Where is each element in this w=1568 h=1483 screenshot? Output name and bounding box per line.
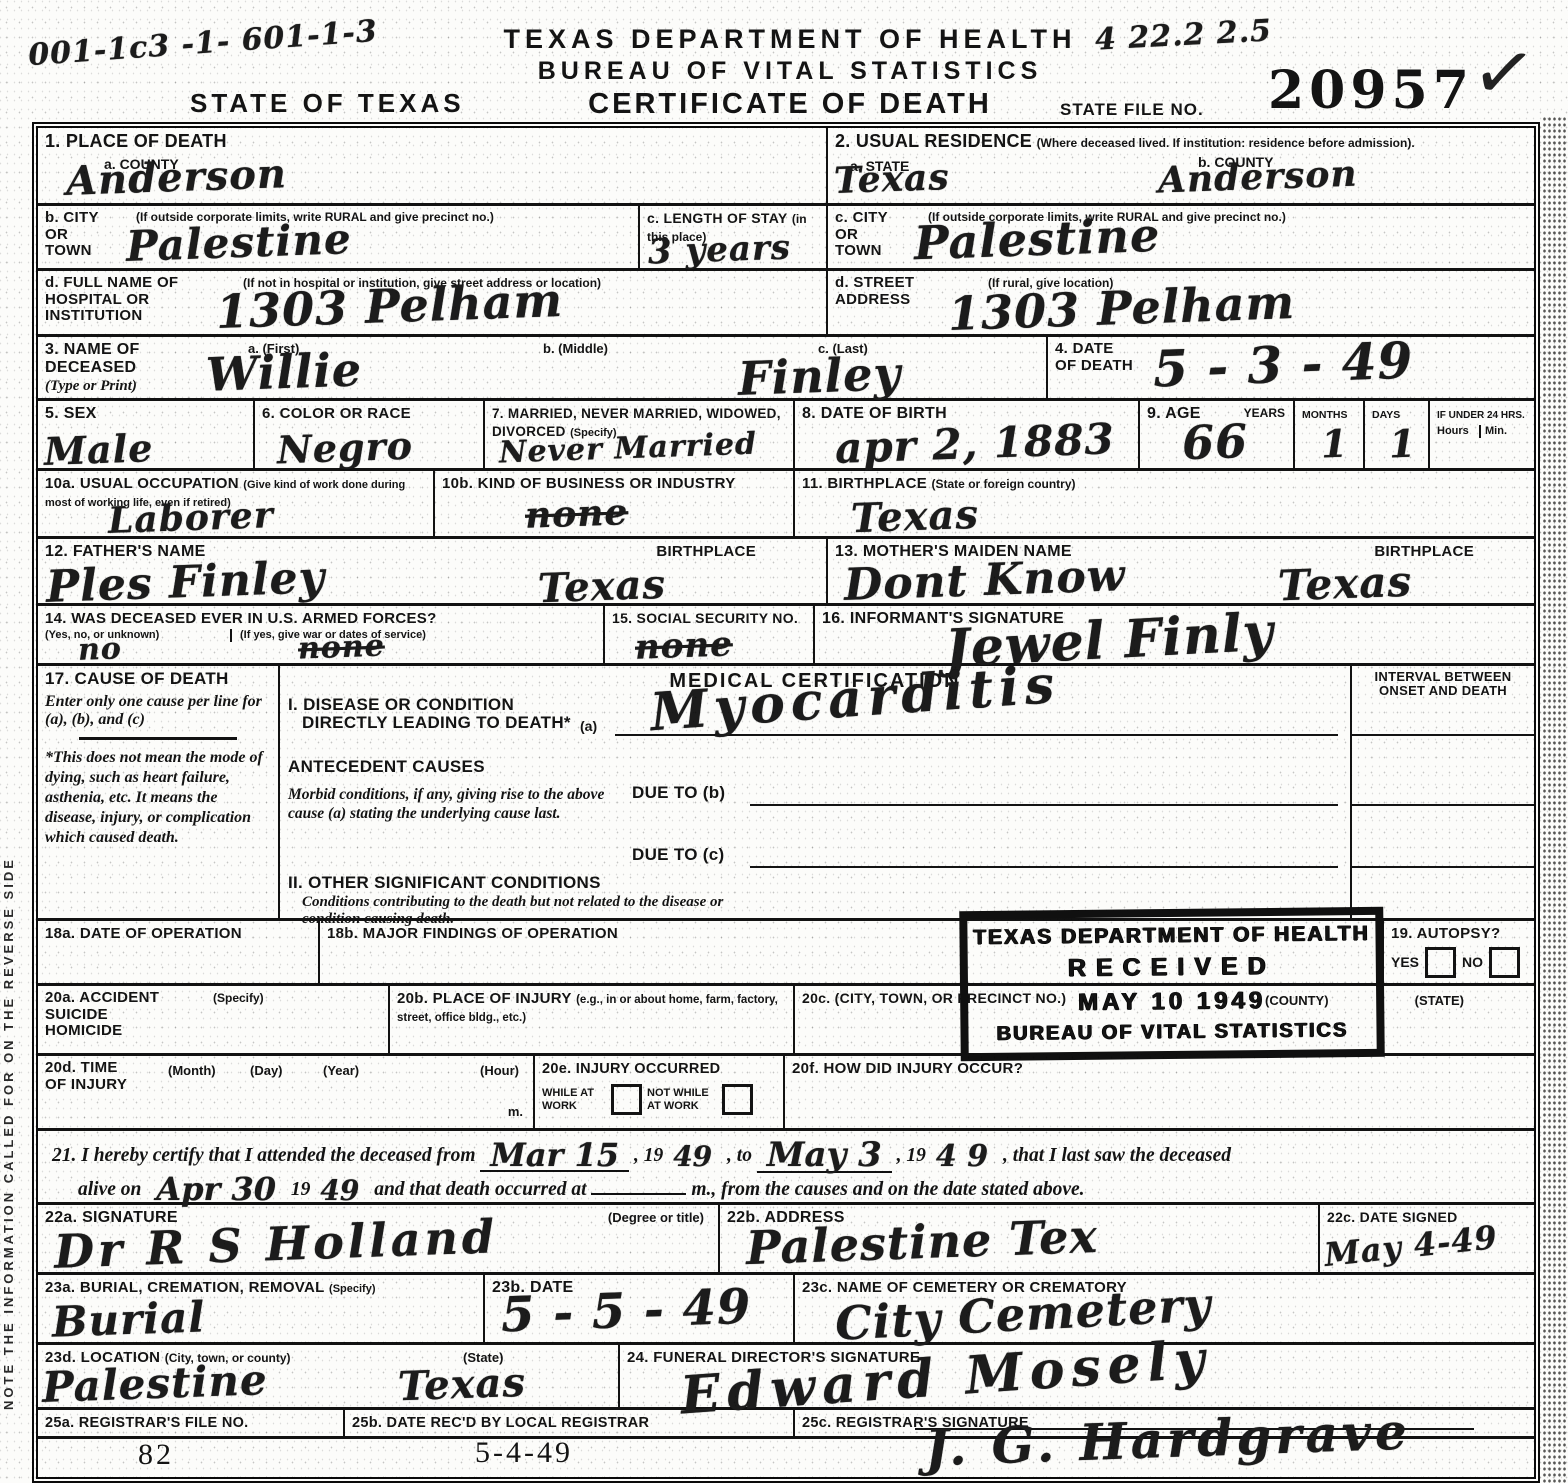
due-to-b-label: DUE TO (b) bbox=[632, 784, 725, 803]
not-while-at-work-label: NOT WHILE AT WORK bbox=[647, 1087, 717, 1112]
date-of-operation-label: 18a. DATE OF OPERATION bbox=[45, 925, 242, 942]
disease-label-1: I. DISEASE OR CONDITION bbox=[288, 696, 514, 715]
cause-of-death-sidebar: 17. CAUSE OF DEATH Enter only one cause … bbox=[38, 666, 278, 918]
stamp-line-bureau: BUREAU OF VITAL STATISTICS bbox=[997, 1019, 1349, 1046]
due-to-c-label: DUE TO (c) bbox=[632, 846, 724, 865]
industry-box: 10b. KIND OF BUSINESS OR INDUSTRY none bbox=[433, 471, 793, 536]
physician-address-value: Palestine Tex bbox=[745, 1209, 1099, 1275]
usual-residence-paren: (Where deceased lived. If institution: r… bbox=[1037, 136, 1415, 150]
date-of-death-box: 4. DATE OF DEATH 5 - 3 - 49 bbox=[1046, 337, 1534, 398]
header-bureau: BUREAU OF VITAL STATISTICS bbox=[460, 57, 1120, 86]
under-24-label: IF UNDER 24 HRS. bbox=[1437, 410, 1525, 421]
date-of-death-label: 4. DATE OF DEATH bbox=[1055, 341, 1135, 374]
time-of-injury-box: 20d. TIME OF INJURY (Month) (Day) (Year)… bbox=[38, 1056, 533, 1128]
ssn-box: 15. SOCIAL SECURITY NO. none bbox=[603, 606, 813, 663]
place-of-injury-box: 20b. PLACE OF INJURY (e.g., in or about … bbox=[388, 986, 793, 1053]
place-of-injury-label: 20b. PLACE OF INJURY bbox=[397, 990, 572, 1007]
funeral-director-box: 24. FUNERAL DIRECTOR'S SIGNATURE Edward … bbox=[618, 1345, 1534, 1407]
row-armed-forces: 14. WAS DECEASED EVER IN U.S. ARMED FORC… bbox=[38, 606, 1534, 666]
burial-location-state-value: Texas bbox=[397, 1359, 526, 1410]
father-value: Ples Finley bbox=[45, 552, 326, 613]
certificate-form: 1. PLACE OF DEATH a. COUNTY Anderson 2. … bbox=[32, 122, 1540, 1483]
day-label: (Day) bbox=[250, 1064, 283, 1079]
birthplace-paren: (State or foreign country) bbox=[932, 477, 1076, 491]
dob-value: apr 2, 1883 bbox=[834, 414, 1115, 473]
major-findings-label: 18b. MAJOR FINDINGS OF OPERATION bbox=[327, 925, 618, 942]
row-physician: 22a. SIGNATURE (Degree or title) Dr R S … bbox=[38, 1205, 1534, 1275]
street-address-label: d. STREET ADDRESS bbox=[835, 275, 945, 308]
length-of-stay-box: c. LENGTH OF STAY (in this place) 3 year… bbox=[638, 206, 826, 268]
armed-forces-label: 14. WAS DECEASED EVER IN U.S. ARMED FORC… bbox=[45, 610, 437, 627]
mother-birthplace-value: Texas bbox=[1277, 557, 1413, 611]
hospital-box: d. FULL NAME OF HOSPITAL OR INSTITUTION … bbox=[38, 271, 826, 334]
header-state-of-texas: STATE OF TEXAS bbox=[190, 88, 465, 119]
age-box: 9. AGE YEARS 66 bbox=[1138, 401, 1293, 468]
occupation-label: 10a. USUAL OCCUPATION bbox=[45, 475, 239, 492]
death-city-label: b. CITY OR TOWN bbox=[45, 210, 117, 260]
registrar-file-box: 25a. REGISTRAR'S FILE NO. 82 bbox=[38, 1410, 343, 1436]
autopsy-no-label: NO bbox=[1462, 954, 1483, 970]
hospital-label: d. FULL NAME OF HOSPITAL OR INSTITUTION bbox=[45, 275, 235, 325]
accident-box: 20a. ACCIDENT SUICIDE HOMICIDE (Specify) bbox=[38, 986, 388, 1053]
age-months-box: MONTHS 1 bbox=[1293, 401, 1363, 468]
attended-from-value: Mar 15 bbox=[480, 1141, 629, 1172]
industry-label: 10b. KIND OF BUSINESS OR INDUSTRY bbox=[442, 475, 736, 492]
residence-city-value: Palestine bbox=[913, 208, 1161, 271]
while-at-work-label: WHILE AT WORK bbox=[542, 1087, 606, 1112]
burial-paren: (Specify) bbox=[329, 1283, 375, 1295]
date-signed-box: 22c. DATE SIGNED May 4-49 bbox=[1318, 1205, 1534, 1272]
age-months-label: MONTHS bbox=[1302, 409, 1348, 421]
checkmark-icon: ✓ bbox=[1466, 24, 1541, 121]
state-file-no-value: 20957 bbox=[1268, 60, 1474, 121]
from-year-value: 49 bbox=[663, 1144, 722, 1169]
stamp-line-received: RECEIVED bbox=[1068, 952, 1276, 983]
stamp-line-date: MAY 10 1949 bbox=[1078, 987, 1266, 1017]
time-of-injury-label: 20d. TIME OF INJURY bbox=[45, 1060, 131, 1093]
birthplace-box: 11. BIRTHPLACE (State or foreign country… bbox=[793, 471, 1534, 536]
sex-label: 5. SEX bbox=[45, 405, 97, 422]
received-stamp: TEXAS DEPARTMENT OF HEALTH RECEIVED MAY … bbox=[959, 907, 1385, 1061]
disease-label-2: DIRECTLY LEADING TO DEATH* bbox=[302, 714, 571, 733]
street-address-value: 1303 Pelham bbox=[947, 275, 1296, 341]
autopsy-yes-checkbox bbox=[1425, 947, 1456, 978]
burial-box: 23a. BURIAL, CREMATION, REMOVAL (Specify… bbox=[38, 1275, 483, 1342]
medical-certification-box: MEDICAL CERTIFICATION I. DISEASE OR COND… bbox=[278, 666, 1350, 918]
father-birthplace-label: BIRTHPLACE bbox=[656, 544, 756, 561]
margin-note: NOTE THE INFORMATION CALLED FOR ON THE R… bbox=[1, 160, 16, 1410]
birthplace-value: Texas bbox=[850, 491, 979, 542]
certify-p5: and that death occurred at bbox=[374, 1179, 586, 1200]
age-years-value: 66 bbox=[1181, 414, 1249, 470]
last-name-value: Finley bbox=[737, 346, 902, 406]
date-of-death-value: 5 - 3 - 49 bbox=[1152, 330, 1414, 398]
occupation-value: Laborer bbox=[107, 494, 274, 542]
row-injury-time: 20d. TIME OF INJURY (Month) (Day) (Year)… bbox=[38, 1056, 1534, 1131]
physician-signature-box: 22a. SIGNATURE (Degree or title) Dr R S … bbox=[38, 1205, 718, 1272]
hours-label: Hours bbox=[1437, 425, 1479, 438]
residence-state-value: Texas bbox=[833, 156, 950, 202]
hospital-value: 1303 Pelham bbox=[215, 273, 564, 339]
registrar-file-value: 82 bbox=[138, 1438, 174, 1472]
burial-location-box: 23d. LOCATION (City, town, or county) (S… bbox=[38, 1345, 618, 1407]
registrar-signature-box: 25c. REGISTRAR'S SIGNATURE J. G. Hardgra… bbox=[793, 1410, 1534, 1436]
accident-label: 20a. ACCIDENT SUICIDE HOMICIDE bbox=[45, 990, 165, 1040]
autopsy-no-checkbox bbox=[1489, 947, 1520, 978]
injury-occurred-label: 20e. INJURY OCCURRED bbox=[542, 1061, 720, 1077]
interval-box: INTERVAL BETWEEN ONSET AND DEATH bbox=[1350, 666, 1534, 918]
occupation-box: 10a. USUAL OCCUPATION (Give kind of work… bbox=[38, 471, 433, 536]
stamp-line-department: TEXAS DEPARTMENT OF HEALTH bbox=[973, 922, 1370, 950]
race-value: Negro bbox=[276, 423, 413, 473]
row-place-residence: 1. PLACE OF DEATH a. COUNTY Anderson 2. … bbox=[38, 128, 1534, 206]
row-burial: 23a. BURIAL, CREMATION, REMOVAL (Specify… bbox=[38, 1275, 1534, 1345]
ssn-label: 15. SOCIAL SECURITY NO. bbox=[612, 610, 798, 626]
name-of-deceased-box: 3. NAME OF DECEASED (Type or Print) a. (… bbox=[38, 337, 1046, 398]
due-to-c-line bbox=[750, 866, 1338, 868]
father-birthplace-value: Texas bbox=[537, 561, 666, 612]
industry-value: none bbox=[524, 491, 629, 537]
interval-line-b bbox=[1352, 804, 1534, 806]
under-24-box: IF UNDER 24 HRS. Hours Min. bbox=[1428, 401, 1534, 468]
row-occupation: 10a. USUAL OCCUPATION (Give kind of work… bbox=[38, 471, 1534, 539]
handwritten-code-right: 4 22.2 2.5 bbox=[1094, 13, 1273, 57]
degree-or-title-label: (Degree or title) bbox=[608, 1211, 704, 1226]
divider bbox=[79, 737, 237, 740]
certify-p2: , to bbox=[727, 1145, 752, 1166]
race-label: 6. COLOR OR RACE bbox=[262, 405, 411, 422]
age-months-value: 1 bbox=[1320, 421, 1349, 467]
header-department: TEXAS DEPARTMENT OF HEALTH bbox=[460, 24, 1120, 55]
row-location: 23d. LOCATION (City, town, or county) (S… bbox=[38, 1345, 1534, 1410]
morbid-note: Morbid conditions, if any, giving rise t… bbox=[288, 786, 618, 823]
min-label: Min. bbox=[1479, 425, 1527, 438]
certify-p1: 21. I hereby certify that I attended the… bbox=[52, 1145, 476, 1166]
how-injury-label: 20f. HOW DID INJURY OCCUR? bbox=[792, 1060, 1023, 1077]
physician-address-box: 22b. ADDRESS Palestine Tex bbox=[718, 1205, 1318, 1272]
injury-occurred-box: 20e. INJURY OCCURRED WHILE AT WORK NOT W… bbox=[533, 1056, 783, 1128]
usual-residence-title: 2. USUAL RESIDENCE bbox=[835, 131, 1032, 151]
armed-forces-value2: none bbox=[297, 628, 385, 666]
injury-state-label: (STATE) bbox=[1415, 994, 1464, 1009]
page-title: CERTIFICATE OF DEATH bbox=[460, 88, 1120, 121]
registrar-file-label: 25a. REGISTRAR'S FILE NO. bbox=[45, 1415, 249, 1431]
interval-line-a bbox=[1352, 734, 1534, 736]
usual-residence-box: 2. USUAL RESIDENCE (Where deceased lived… bbox=[826, 128, 1534, 203]
scan-edge-artifact bbox=[1542, 116, 1568, 1483]
row-parents: 12. FATHER'S NAME BIRTHPLACE Ples Finley… bbox=[38, 539, 1534, 606]
county-value: Anderson bbox=[65, 150, 287, 205]
alive-year-value: 49 bbox=[310, 1178, 369, 1203]
hour-label: (Hour) bbox=[480, 1064, 519, 1079]
place-of-death-box: 1. PLACE OF DEATH a. COUNTY Anderson bbox=[38, 128, 826, 203]
autopsy-label: 19. AUTOPSY? bbox=[1391, 925, 1500, 942]
interval-line-c bbox=[1352, 866, 1534, 868]
m-label: m. bbox=[508, 1105, 523, 1120]
dob-label: 8. DATE OF BIRTH bbox=[802, 405, 947, 422]
informant-box: 16. INFORMANT'S SIGNATURE Jewel Finly bbox=[813, 606, 1534, 663]
disease-a-tag: (a) bbox=[580, 718, 597, 734]
name-title-sub: (Type or Print) bbox=[45, 378, 137, 394]
certify-p3: , that I last saw the deceased bbox=[1003, 1145, 1231, 1166]
cause-a-value: Myocarditis bbox=[648, 654, 1062, 743]
mother-value: Dont Know bbox=[843, 550, 1126, 611]
burial-value: Burial bbox=[51, 1292, 206, 1346]
date-recd-value: 5-4-49 bbox=[475, 1436, 573, 1470]
certify-y19a: , 19 bbox=[634, 1145, 663, 1166]
burial-date-value: 5 - 5 - 49 bbox=[500, 1279, 752, 1344]
first-name-value: Willie bbox=[205, 342, 363, 401]
place-of-death-title: 1. PLACE OF DEATH bbox=[45, 131, 227, 151]
certify-y19b: , 19 bbox=[897, 1145, 926, 1166]
father-box: 12. FATHER'S NAME BIRTHPLACE Ples Finley… bbox=[38, 539, 826, 603]
date-signed-value: May 4-49 bbox=[1322, 1218, 1499, 1274]
autopsy-box: 19. AUTOPSY? YES NO bbox=[1382, 921, 1534, 983]
death-city-box: b. CITY OR TOWN (If outside corporate li… bbox=[38, 206, 638, 268]
certify-y19c: 19 bbox=[291, 1179, 311, 1200]
armed-forces-box: 14. WAS DECEASED EVER IN U.S. ARMED FORC… bbox=[38, 606, 603, 663]
attended-to-value: May 3 bbox=[757, 1140, 892, 1173]
age-days-value: 1 bbox=[1388, 421, 1417, 467]
age-years-label: YEARS bbox=[1244, 407, 1285, 421]
row-hospital-street: d. FULL NAME OF HOSPITAL OR INSTITUTION … bbox=[38, 271, 1534, 337]
how-injury-box: 20f. HOW DID INJURY OCCUR? bbox=[783, 1056, 1534, 1128]
sex-value: Male bbox=[43, 425, 154, 474]
not-while-at-work-checkbox bbox=[722, 1084, 753, 1115]
burial-date-box: 23b. DATE 5 - 5 - 49 bbox=[483, 1275, 793, 1342]
interval-label: INTERVAL BETWEEN ONSET AND DEATH bbox=[1359, 670, 1527, 699]
marital-box: 7. MARRIED, NEVER MARRIED, WIDOWED, DIVO… bbox=[483, 401, 793, 468]
death-city-value: Palestine bbox=[125, 214, 352, 271]
race-box: 6. COLOR OR RACE Negro bbox=[253, 401, 483, 468]
age-days-label: DAYS bbox=[1372, 409, 1400, 421]
certify-box: 21. I hereby certify that I attended the… bbox=[38, 1131, 1534, 1202]
mother-box: 13. MOTHER'S MAIDEN NAME BIRTHPLACE Dont… bbox=[826, 539, 1534, 603]
armed-forces-sub1: (Yes, no, or unknown) bbox=[45, 629, 230, 642]
due-to-b-line bbox=[750, 804, 1338, 806]
year-label: (Year) bbox=[323, 1064, 359, 1079]
date-of-operation-box: 18a. DATE OF OPERATION bbox=[38, 921, 318, 983]
registrar-signature-value: J. G. Hardgrave bbox=[924, 1402, 1412, 1478]
cause-note-1: Enter only one cause per line for (a), (… bbox=[45, 693, 271, 729]
sex-box: 5. SEX Male bbox=[38, 401, 253, 468]
certify-line-1: 21. I hereby certify that I attended the… bbox=[52, 1135, 1520, 1168]
row-city: b. CITY OR TOWN (If outside corporate li… bbox=[38, 206, 1534, 271]
row-certify: 21. I hereby certify that I attended the… bbox=[38, 1131, 1534, 1205]
dob-box: 8. DATE OF BIRTH apr 2, 1883 bbox=[793, 401, 1138, 468]
certify-p6: m., from the causes and on the date stat… bbox=[691, 1179, 1084, 1200]
length-of-stay-label: c. LENGTH OF STAY bbox=[647, 210, 787, 226]
middle-name-label: b. (Middle) bbox=[543, 342, 608, 357]
residence-city-label: c. CITY OR TOWN bbox=[835, 210, 907, 260]
last-alive-value: Apr 30 bbox=[146, 1175, 286, 1206]
date-recd-label: 25b. DATE REC'D BY LOCAL REGISTRAR bbox=[352, 1415, 649, 1431]
ssn-value: none bbox=[634, 624, 733, 667]
burial-location-value: Palestine bbox=[41, 1355, 268, 1412]
residence-city-box: c. CITY OR TOWN (If outside corporate li… bbox=[826, 206, 1534, 268]
residence-county-value: Anderson bbox=[1157, 153, 1358, 202]
age-days-box: DAYS 1 bbox=[1363, 401, 1428, 468]
row-name: 3. NAME OF DECEASED (Type or Print) a. (… bbox=[38, 337, 1534, 401]
street-address-box: d. STREET ADDRESS (If rural, give locati… bbox=[826, 271, 1534, 334]
antecedent-label: ANTECEDENT CAUSES bbox=[288, 758, 485, 777]
month-label: (Month) bbox=[168, 1064, 216, 1079]
death-hour-blank bbox=[591, 1193, 686, 1195]
birthplace-label: 11. BIRTHPLACE bbox=[802, 475, 927, 492]
name-title: 3. NAME OF DECEASED bbox=[45, 341, 195, 376]
to-year-value: 4 9 bbox=[926, 1143, 998, 1170]
row-medical-certification: 17. CAUSE OF DEATH Enter only one cause … bbox=[38, 666, 1534, 921]
while-at-work-checkbox bbox=[611, 1084, 642, 1115]
state-file-no-label: STATE FILE NO. bbox=[1060, 100, 1204, 120]
armed-forces-value1: no bbox=[77, 631, 122, 668]
accident-paren: (Specify) bbox=[213, 992, 264, 1006]
date-signed-label: 22c. DATE SIGNED bbox=[1327, 1209, 1458, 1225]
certify-p4: alive on bbox=[78, 1179, 141, 1200]
cause-of-death-title: 17. CAUSE OF DEATH bbox=[45, 669, 229, 688]
other-conditions-label: II. OTHER SIGNIFICANT CONDITIONS bbox=[288, 874, 601, 893]
autopsy-yes-label: YES bbox=[1391, 954, 1419, 970]
cause-note-2: *This does not mean the mode of dying, s… bbox=[45, 748, 271, 848]
handwritten-code-left: 001-1c3 -1- 601-1-3 bbox=[27, 14, 379, 73]
row-demographics: 5. SEX Male 6. COLOR OR RACE Negro 7. MA… bbox=[38, 401, 1534, 471]
length-of-stay-value: 3 years bbox=[647, 228, 791, 273]
